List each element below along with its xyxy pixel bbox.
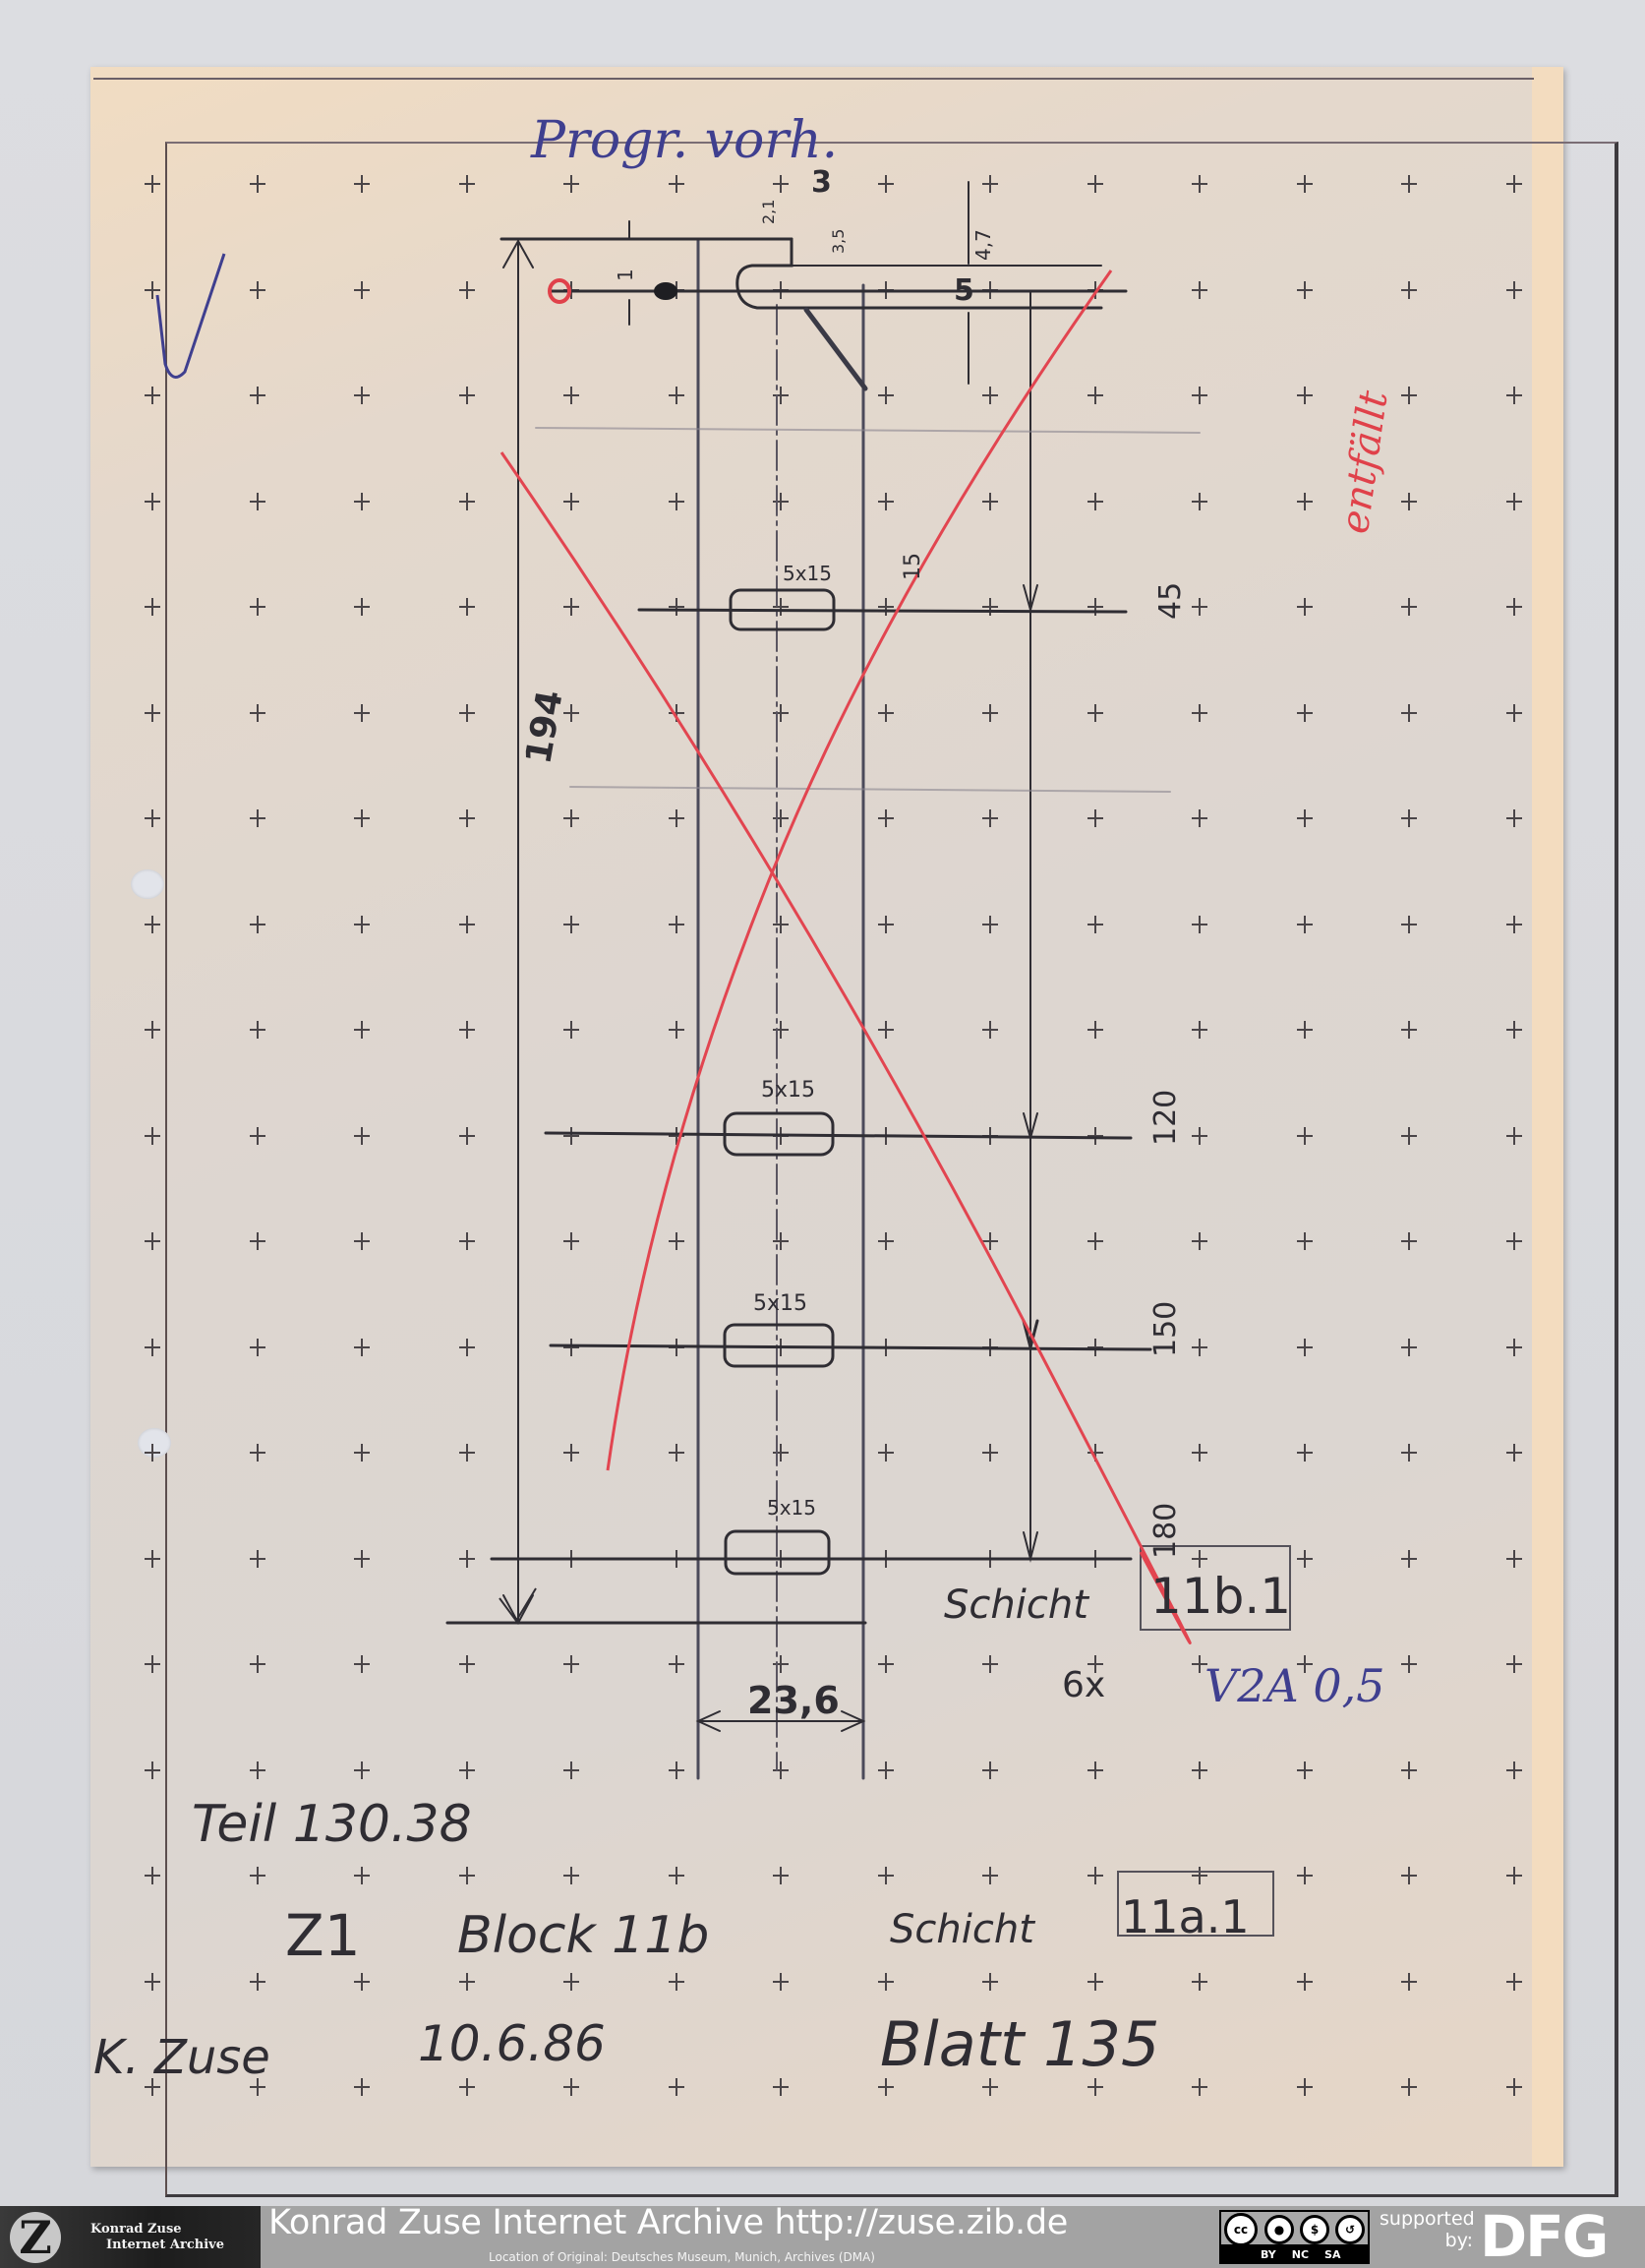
technical-drawing: Progr. vorh. 3 2,1 3,5 1 4,7 5 15 194 5x… bbox=[0, 0, 1645, 2206]
dim-total-height: 194 bbox=[518, 687, 570, 767]
note-date: 10.6.86 bbox=[418, 2015, 606, 2072]
dim-2-1: 2,1 bbox=[759, 200, 778, 224]
note-entfaellt: entfällt bbox=[1332, 388, 1397, 537]
cc-label-sa: SA bbox=[1324, 2248, 1340, 2261]
dim-5: 5 bbox=[954, 273, 974, 308]
dim-120: 120 bbox=[1148, 1090, 1183, 1146]
by-attribution-icon: ● bbox=[1264, 2215, 1294, 2244]
supported-line-2: by: bbox=[1380, 2230, 1473, 2251]
dim-top-3: 3 bbox=[811, 165, 832, 200]
dim-45: 45 bbox=[1153, 582, 1188, 620]
slot-label-180: 5x15 bbox=[767, 1496, 816, 1520]
dim-15: 15 bbox=[901, 553, 925, 580]
check-mark-icon bbox=[157, 254, 224, 377]
note-layer-a: Schicht bbox=[890, 1907, 1035, 1952]
dim-150: 150 bbox=[1148, 1301, 1183, 1357]
note-material: V2A 0,5 bbox=[1204, 1659, 1384, 1712]
note-layer-a-id: 11a.1 bbox=[1121, 1890, 1250, 1943]
archive-footer: Z Konrad Zuse Internet Archive Konrad Zu… bbox=[0, 2206, 1645, 2268]
slot-label-150: 5x15 bbox=[753, 1291, 807, 1316]
note-layer-b-id: 11b.1 bbox=[1150, 1568, 1291, 1625]
dim-1: 1 bbox=[614, 269, 637, 281]
note-part: Teil 130.38 bbox=[192, 1795, 472, 1854]
note-signature: K. Zuse bbox=[93, 2030, 270, 2085]
cc-label-by: BY bbox=[1261, 2248, 1276, 2261]
footer-main: Konrad Zuse Internet Archive http://zuse… bbox=[261, 2206, 1645, 2268]
location-of-original: Location of Original: Deutsches Museum, … bbox=[489, 2250, 875, 2264]
nc-noncommercial-icon: $ bbox=[1300, 2215, 1329, 2244]
dim-180: 180 bbox=[1148, 1503, 1183, 1559]
dim-width: 23,6 bbox=[747, 1679, 840, 1722]
cc-label-nc: NC bbox=[1292, 2248, 1309, 2261]
cc-license-badge[interactable]: cc ● $ ↺ BY NC SA bbox=[1219, 2210, 1370, 2264]
slot-label-120: 5x15 bbox=[761, 1078, 815, 1103]
archive-title-link[interactable]: Konrad Zuse Internet Archive http://zuse… bbox=[268, 2203, 1068, 2242]
logo-line-1: Konrad Zuse bbox=[90, 2222, 224, 2238]
dim-4-7: 4,7 bbox=[971, 229, 995, 261]
dim-3-5: 3,5 bbox=[829, 229, 848, 254]
cc-icon: cc bbox=[1224, 2213, 1258, 2246]
sa-sharealike-icon: ↺ bbox=[1335, 2215, 1365, 2244]
logo-text: Konrad Zuse Internet Archive bbox=[90, 2222, 224, 2253]
cc-labels: BY NC SA bbox=[1261, 2248, 1340, 2261]
header-note: Progr. vorh. bbox=[530, 111, 838, 170]
note-quantity: 6x bbox=[1062, 1665, 1105, 1705]
slot-label-45: 5x15 bbox=[783, 562, 832, 585]
note-z1: Z1 bbox=[285, 1902, 361, 1969]
note-layer-b: Schicht bbox=[944, 1582, 1089, 1628]
red-cross-out bbox=[501, 270, 1190, 1643]
logo-line-2: Internet Archive bbox=[90, 2238, 224, 2253]
supported-by-text: supported by: bbox=[1380, 2208, 1473, 2251]
dfg-logo[interactable]: DFG bbox=[1480, 2206, 1607, 2268]
supported-line-1: supported bbox=[1380, 2208, 1473, 2230]
note-sheet-number: Blatt 135 bbox=[880, 2008, 1159, 2080]
note-block: Block 11b bbox=[457, 1906, 709, 1965]
zuse-archive-logo[interactable]: Z Konrad Zuse Internet Archive bbox=[0, 2206, 261, 2268]
z-logo-icon: Z bbox=[10, 2212, 61, 2263]
